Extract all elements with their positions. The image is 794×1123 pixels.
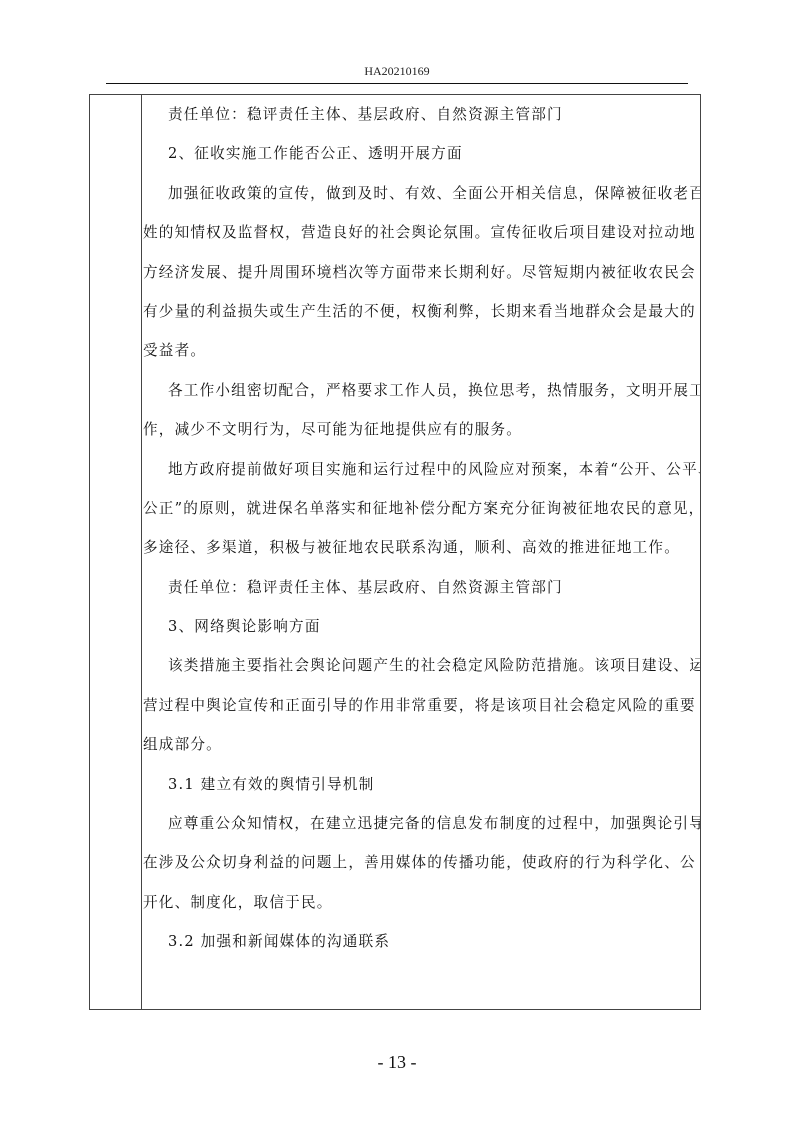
text-line: 3、网络舆论影响方面 bbox=[143, 607, 700, 646]
table-content-cell: 责任单位：稳评责任主体、基层政府、自然资源主管部门2、征收实施工作能否公正、透明… bbox=[143, 95, 700, 1009]
text-line: 有少量的利益损失或生产生活的不便，权衡利弊，长期来看当地群众会是最大的 bbox=[143, 292, 700, 331]
text-line: 地方政府提前做好项目实施和运行过程中的风险应对预案，本着“公开、公平、 bbox=[143, 450, 700, 489]
content-table: 责任单位：稳评责任主体、基层政府、自然资源主管部门2、征收实施工作能否公正、透明… bbox=[89, 94, 701, 1010]
text-line: 3.1 建立有效的舆情引导机制 bbox=[143, 765, 700, 804]
header-rule bbox=[106, 83, 688, 84]
text-line: 加强征收政策的宣传，做到及时、有效、全面公开相关信息，保障被征收老百 bbox=[143, 174, 700, 213]
text-line: 应尊重公众知情权，在建立迅捷完备的信息发布制度的过程中，加强舆论引导； bbox=[143, 804, 700, 843]
text-line: 受益者。 bbox=[143, 331, 700, 370]
document-code: HA20210169 bbox=[0, 64, 794, 79]
text-line: 责任单位：稳评责任主体、基层政府、自然资源主管部门 bbox=[143, 568, 700, 607]
table-left-cell bbox=[90, 95, 142, 1009]
text-line: 该类措施主要指社会舆论问题产生的社会稳定风险防范措施。该项目建设、运 bbox=[143, 646, 700, 685]
text-line: 公正”的原则，就进保名单落实和征地补偿分配方案充分征询被征地农民的意见， bbox=[143, 489, 700, 528]
text-line: 开化、制度化，取信于民。 bbox=[143, 883, 700, 922]
page-number: - 13 - bbox=[0, 1052, 794, 1073]
paragraph-block: 责任单位：稳评责任主体、基层政府、自然资源主管部门2、征收实施工作能否公正、透明… bbox=[143, 95, 700, 962]
text-line: 各工作小组密切配合，严格要求工作人员，换位思考，热情服务，文明开展工 bbox=[143, 371, 700, 410]
text-line: 姓的知情权及监督权，营造良好的社会舆论氛围。宣传征收后项目建设对拉动地 bbox=[143, 213, 700, 252]
text-line: 2、征收实施工作能否公正、透明开展方面 bbox=[143, 134, 700, 173]
text-line: 责任单位：稳评责任主体、基层政府、自然资源主管部门 bbox=[143, 95, 700, 134]
text-line: 方经济发展、提升周围环境档次等方面带来长期利好。尽管短期内被征收农民会 bbox=[143, 253, 700, 292]
text-line: 作，减少不文明行为，尽可能为征地提供应有的服务。 bbox=[143, 410, 700, 449]
text-line: 营过程中舆论宣传和正面引导的作用非常重要，将是该项目社会稳定风险的重要 bbox=[143, 686, 700, 725]
text-line: 多途径、多渠道，积极与被征地农民联系沟通，顺利、高效的推进征地工作。 bbox=[143, 528, 700, 567]
text-line: 在涉及公众切身利益的问题上，善用媒体的传播功能，使政府的行为科学化、公 bbox=[143, 843, 700, 882]
text-line: 3.2 加强和新闻媒体的沟通联系 bbox=[143, 922, 700, 961]
text-line: 组成部分。 bbox=[143, 725, 700, 764]
